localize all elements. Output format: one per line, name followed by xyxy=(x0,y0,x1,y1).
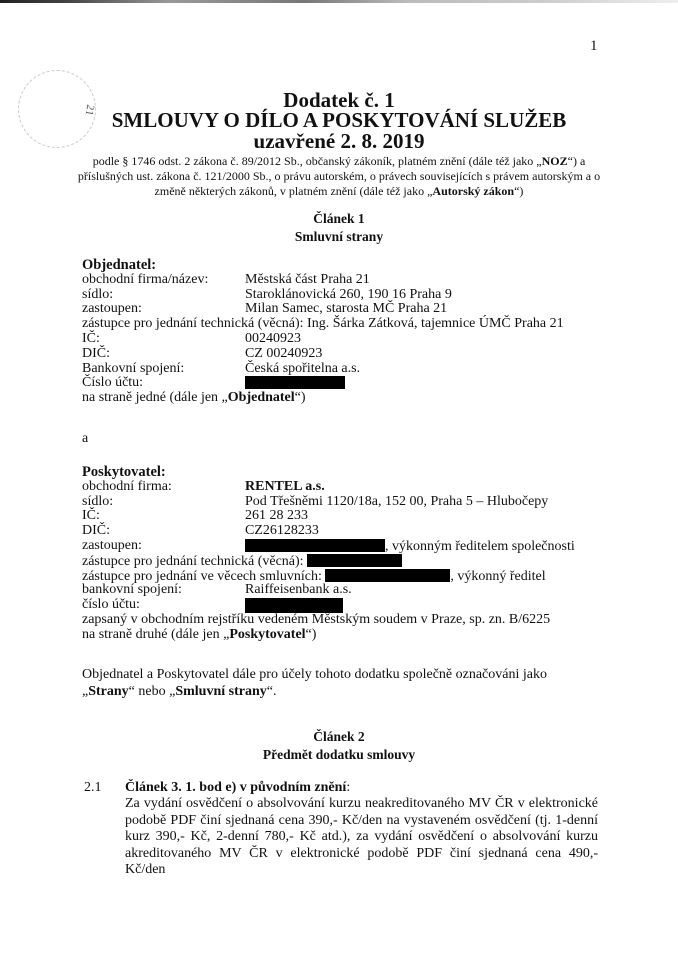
field-label: zástupce pro jednání technická (věcná): xyxy=(82,554,304,569)
section-number: 2.1 xyxy=(84,780,102,796)
field-value: Česká spořitelna a.s. xyxy=(245,362,360,377)
redaction-bar xyxy=(325,569,450,582)
field-label: bankovní spojení: xyxy=(82,583,182,598)
side-text: na straně druhé (dále jen „ xyxy=(82,627,229,642)
article-number: Článek 2 xyxy=(0,728,678,746)
field-value: Raiffeisenbank a.s. xyxy=(245,583,352,598)
legal-term-noz: NOZ xyxy=(542,154,568,168)
section-title: Článek 3. 1. bod e) v původním znění: xyxy=(125,780,350,796)
note-term: Smluvní strany xyxy=(175,684,266,699)
field-value: RENTEL a.s. xyxy=(245,480,325,495)
field-label: DIČ: xyxy=(82,524,110,539)
redaction-bar xyxy=(245,539,385,552)
redaction-bar xyxy=(245,376,345,389)
article-2-heading: Článek 2 Předmět dodatku smlouvy xyxy=(0,728,678,764)
article-title: Smluvní strany xyxy=(0,228,678,246)
side-text: na straně jedné (dále jen „ xyxy=(82,390,228,405)
article-title: Předmět dodatku smlouvy xyxy=(0,746,678,764)
poskytovatel-heading: Poskytovatel: xyxy=(82,465,166,480)
field-value: 261 28 233 xyxy=(245,509,308,524)
field-label: zástupce pro jednání ve věcech smluvních… xyxy=(82,569,322,584)
field-label: obchodní firma: xyxy=(82,480,172,495)
field-value: CZ 00240923 xyxy=(245,347,322,362)
note-text: “. xyxy=(267,684,277,699)
field-label: číslo účtu: xyxy=(82,598,140,613)
side-term: Objednatel xyxy=(228,390,295,405)
field-value: Pod Třešněmi 1120/18a, 152 00, Praha 5 –… xyxy=(245,495,548,510)
poskytovatel-side: na straně druhé (dále jen „Poskytovatel“… xyxy=(82,628,316,643)
registry-note: zapsaný v obchodním rejstříku vedeném Mě… xyxy=(82,613,550,628)
note-text: “ nebo „ xyxy=(129,684,176,699)
field-value: Městská část Praha 21 xyxy=(245,273,370,288)
article-1-heading: Článek 1 Smluvní strany xyxy=(0,210,678,246)
objednatel-heading: Objednatel: xyxy=(82,258,156,273)
field-value: CZ26128233 xyxy=(245,524,319,539)
document-date: uzavřené 2. 8. 2019 xyxy=(0,129,678,154)
legal-term-autorsky: Autorský zákon xyxy=(432,184,514,198)
objednatel-side: na straně jedné (dále jen „Objednatel“) xyxy=(82,391,306,406)
legal-text: “) xyxy=(514,184,523,198)
field-label: obchodní firma/název: xyxy=(82,273,208,288)
field-value: Milan Samec, starosta MČ Praha 21 xyxy=(245,302,447,317)
article-number: Článek 1 xyxy=(0,210,678,228)
redaction-bar xyxy=(307,554,402,567)
section-body: Za vydání osvědčení o absolvování kurzu … xyxy=(125,796,598,879)
legal-text: podle § 1746 odst. 2 zákona č. 89/2012 S… xyxy=(93,154,542,168)
field-label: Číslo účtu: xyxy=(82,376,143,391)
field-label: zastoupen: xyxy=(82,539,142,554)
technical-representative: zástupce pro jednání technická (věcná): … xyxy=(82,317,564,332)
redaction-bar xyxy=(245,598,343,613)
field-label: IČ: xyxy=(82,509,100,524)
field-value: 00240923 xyxy=(245,332,301,347)
section-title-suffix: : xyxy=(346,780,350,795)
side-text: “) xyxy=(295,390,306,405)
field-label: sídlo: xyxy=(82,288,113,303)
legal-basis: podle § 1746 odst. 2 zákona č. 89/2012 S… xyxy=(0,154,678,199)
field-value: , výkonným ředitelem společnosti xyxy=(385,539,575,554)
field-label: DIČ: xyxy=(82,347,110,362)
side-text: “) xyxy=(306,627,317,642)
scan-edge xyxy=(0,0,678,3)
section-title-text: Článek 3. 1. bod e) v původním znění xyxy=(125,780,346,795)
field-label: IČ: xyxy=(82,332,100,347)
parties-note: Objednatel a Poskytovatel dále pro účely… xyxy=(82,666,602,700)
field-value: , výkonný ředitel xyxy=(450,569,545,584)
conjunction: a xyxy=(82,432,88,447)
note-term: Strany xyxy=(88,684,128,699)
page-number: 1 xyxy=(590,38,598,55)
field-label: zastoupen: xyxy=(82,302,142,317)
side-term: Poskytovatel xyxy=(229,627,305,642)
